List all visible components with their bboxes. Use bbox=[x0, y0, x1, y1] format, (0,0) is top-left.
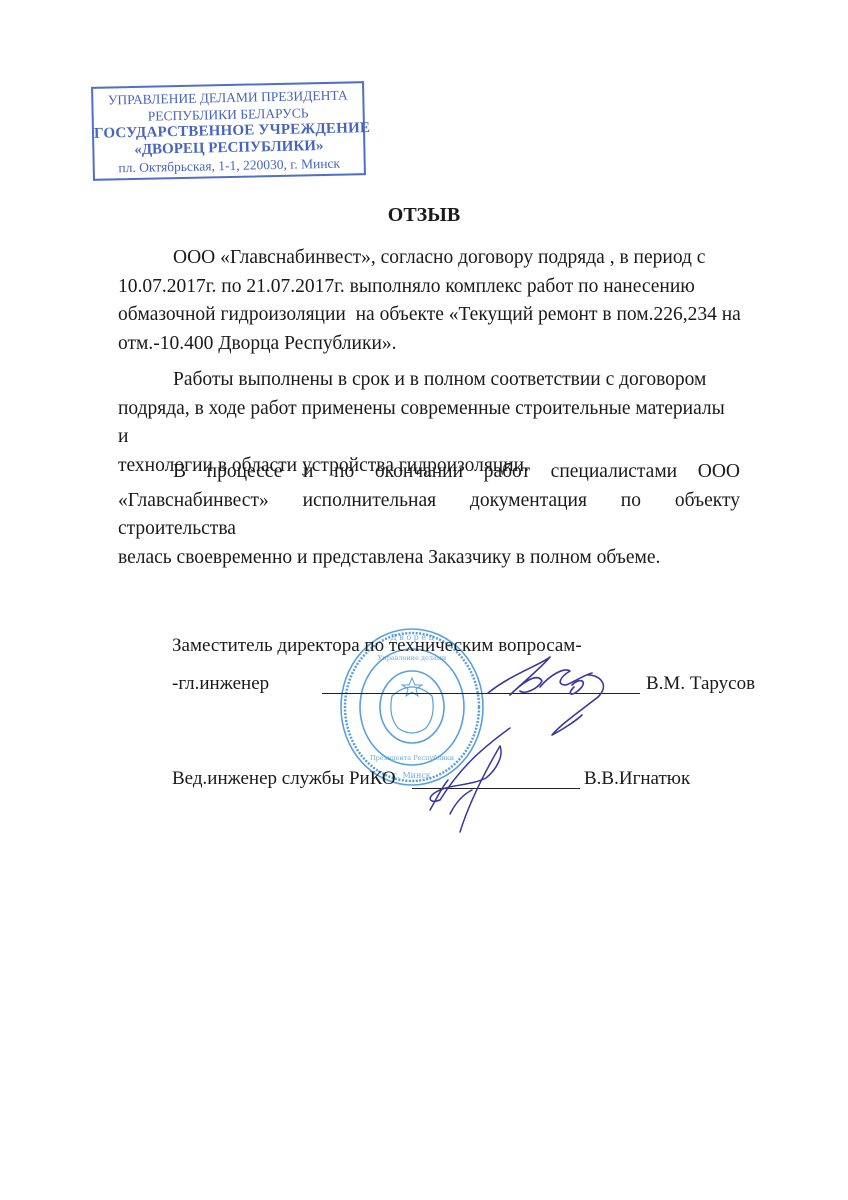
paragraph-line: велась своевременно и представлена Заказ… bbox=[118, 544, 740, 573]
paragraph-line: отм.-10.400 Дворца Республики». bbox=[118, 330, 730, 359]
organization-stamp: УПРАВЛЕНИЕ ДЕЛАМИ ПРЕЗИДЕНТА РЕСПУБЛИКИ … bbox=[91, 81, 366, 181]
document-page: УПРАВЛЕНИЕ ДЕЛАМИ ПРЕЗИДЕНТА РЕСПУБЛИКИ … bbox=[0, 0, 848, 1200]
signatory-2-position: Вед.инженер службы РиКО bbox=[172, 768, 396, 790]
paragraph-line: 10.07.2017г. по 21.07.2017г. выполняло к… bbox=[118, 273, 730, 302]
paragraph-3: В процессе и по окончании работ специали… bbox=[118, 458, 740, 572]
document-title: ОТЗЫВ bbox=[0, 204, 848, 227]
paragraph-line: обмазочной гидроизоляции на объекте «Тек… bbox=[118, 301, 730, 330]
paragraph-line: Работы выполнены в срок и в полном соотв… bbox=[118, 366, 730, 395]
paragraph-line: ООО «Главснабинвест», согласно договору … bbox=[118, 244, 730, 273]
paragraph-line: В процессе и по окончании работ специали… bbox=[118, 458, 740, 487]
signature-2-icon bbox=[400, 720, 520, 840]
signatory-1-name: В.М. Тарусов bbox=[646, 673, 755, 695]
paragraph-line: подряда, в ходе работ применены современ… bbox=[118, 395, 730, 452]
signatory-2-name: В.В.Игнатюк bbox=[584, 768, 690, 790]
signatory-1-position-cont: -гл.инженер bbox=[172, 673, 269, 695]
paragraph-line: «Главснабинвест» исполнительная документ… bbox=[118, 487, 740, 544]
paragraph-1: ООО «Главснабинвест», согласно договору … bbox=[118, 244, 730, 358]
